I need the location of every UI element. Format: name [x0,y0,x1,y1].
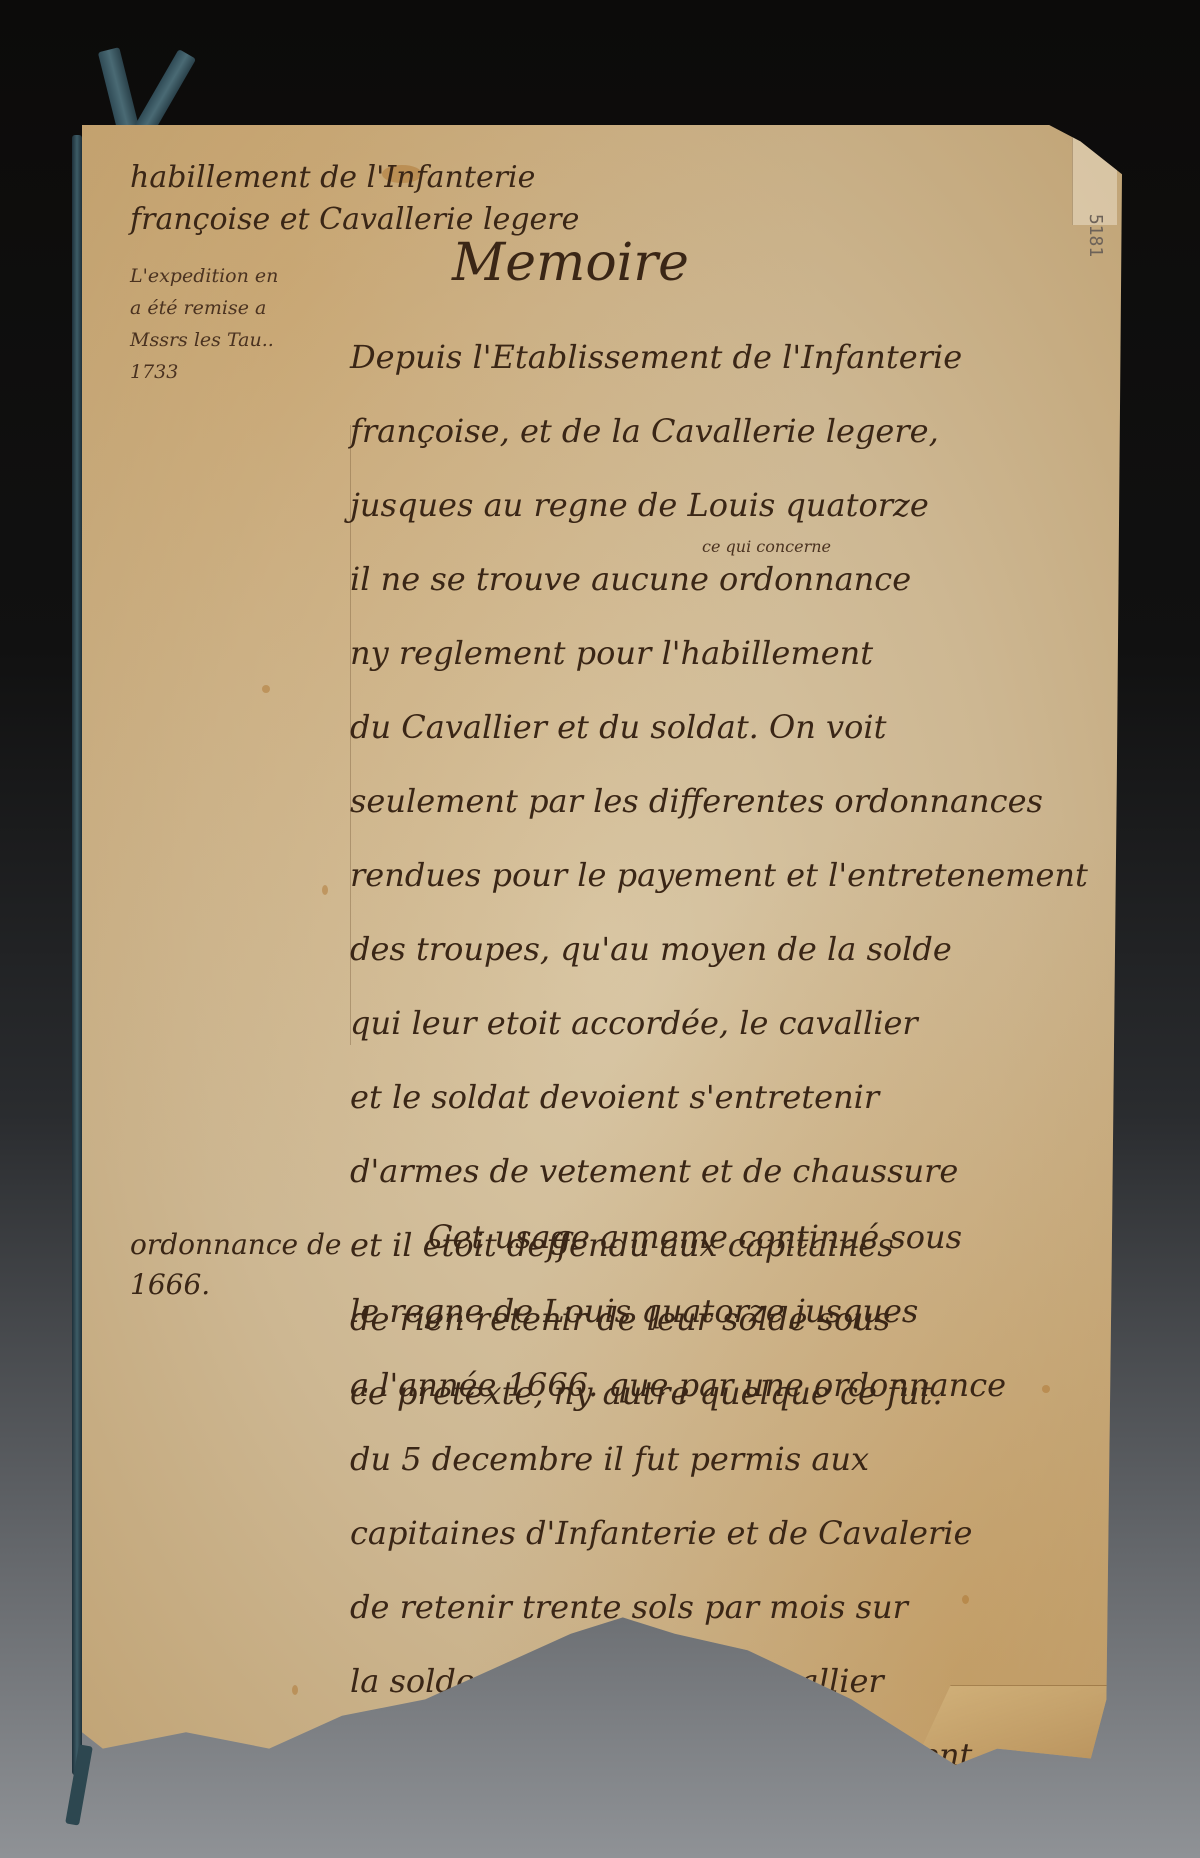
text-line: seulement par les differentes ordonnance… [350,764,1110,838]
text-line: la solde du soldat et du Cavallier [350,1644,1110,1718]
archive-number: 5181 [1085,214,1106,257]
text-line: le regne de Louis quatorze jusques [350,1274,1110,1348]
text-line: Cet usage a meme continué sous [350,1200,1110,1274]
text-line: qui leur etoit accordée, le cavallier [350,986,1110,1060]
paragraph-2: Cet usage a meme continué sous le regne … [350,1200,1110,1792]
text-line: pour etre employez a leur habillement [350,1718,1110,1792]
binding-ribbon-spine [72,135,82,1775]
text-line: il ne se trouve aucune ordonnance [350,542,1110,616]
text-line: ny reglement pour l'habillement [350,616,1110,690]
text-line: capitaines d'Infanterie et de Cavalerie [350,1496,1110,1570]
text-line: a l'année 1666. que par une ordonnance [350,1348,1110,1422]
margin-note-expedition: L'expedition en a été remise a Mssrs les… [130,260,278,388]
text-line: des troupes, qu'au moyen de la solde [350,912,1110,986]
text-line: Depuis l'Etablissement de l'Infanterie [350,320,1110,394]
document-title: habillement de l'Infanterie françoise et… [130,157,579,241]
text-line: du Cavallier et du soldat. On voit [350,690,1110,764]
text-line: du 5 decembre il fut permis aux [350,1422,1110,1496]
text-line: françoise, et de la Cavallerie legere, [350,394,1110,468]
title-line: habillement de l'Infanterie [130,157,579,199]
torn-corner [1072,135,1117,225]
text-line: d'armes de vetement et de chaussure [350,1134,1110,1208]
manuscript-page: habillement de l'Infanterie françoise et… [82,125,1122,1765]
text-line: rendues pour le payement et l'entretenem… [350,838,1110,912]
text-line: jusques au regne de Louis quatorze [350,468,1110,542]
margin-note-ordonnance: ordonnance de 1666. [130,1225,341,1305]
text-line: et le soldat devoient s'entretenir [350,1060,1110,1134]
heading-memoire: Memoire [452,233,689,293]
binding-ribbon-tail [65,1744,93,1825]
text-line: de retenir trente sols par mois sur [350,1570,1110,1644]
